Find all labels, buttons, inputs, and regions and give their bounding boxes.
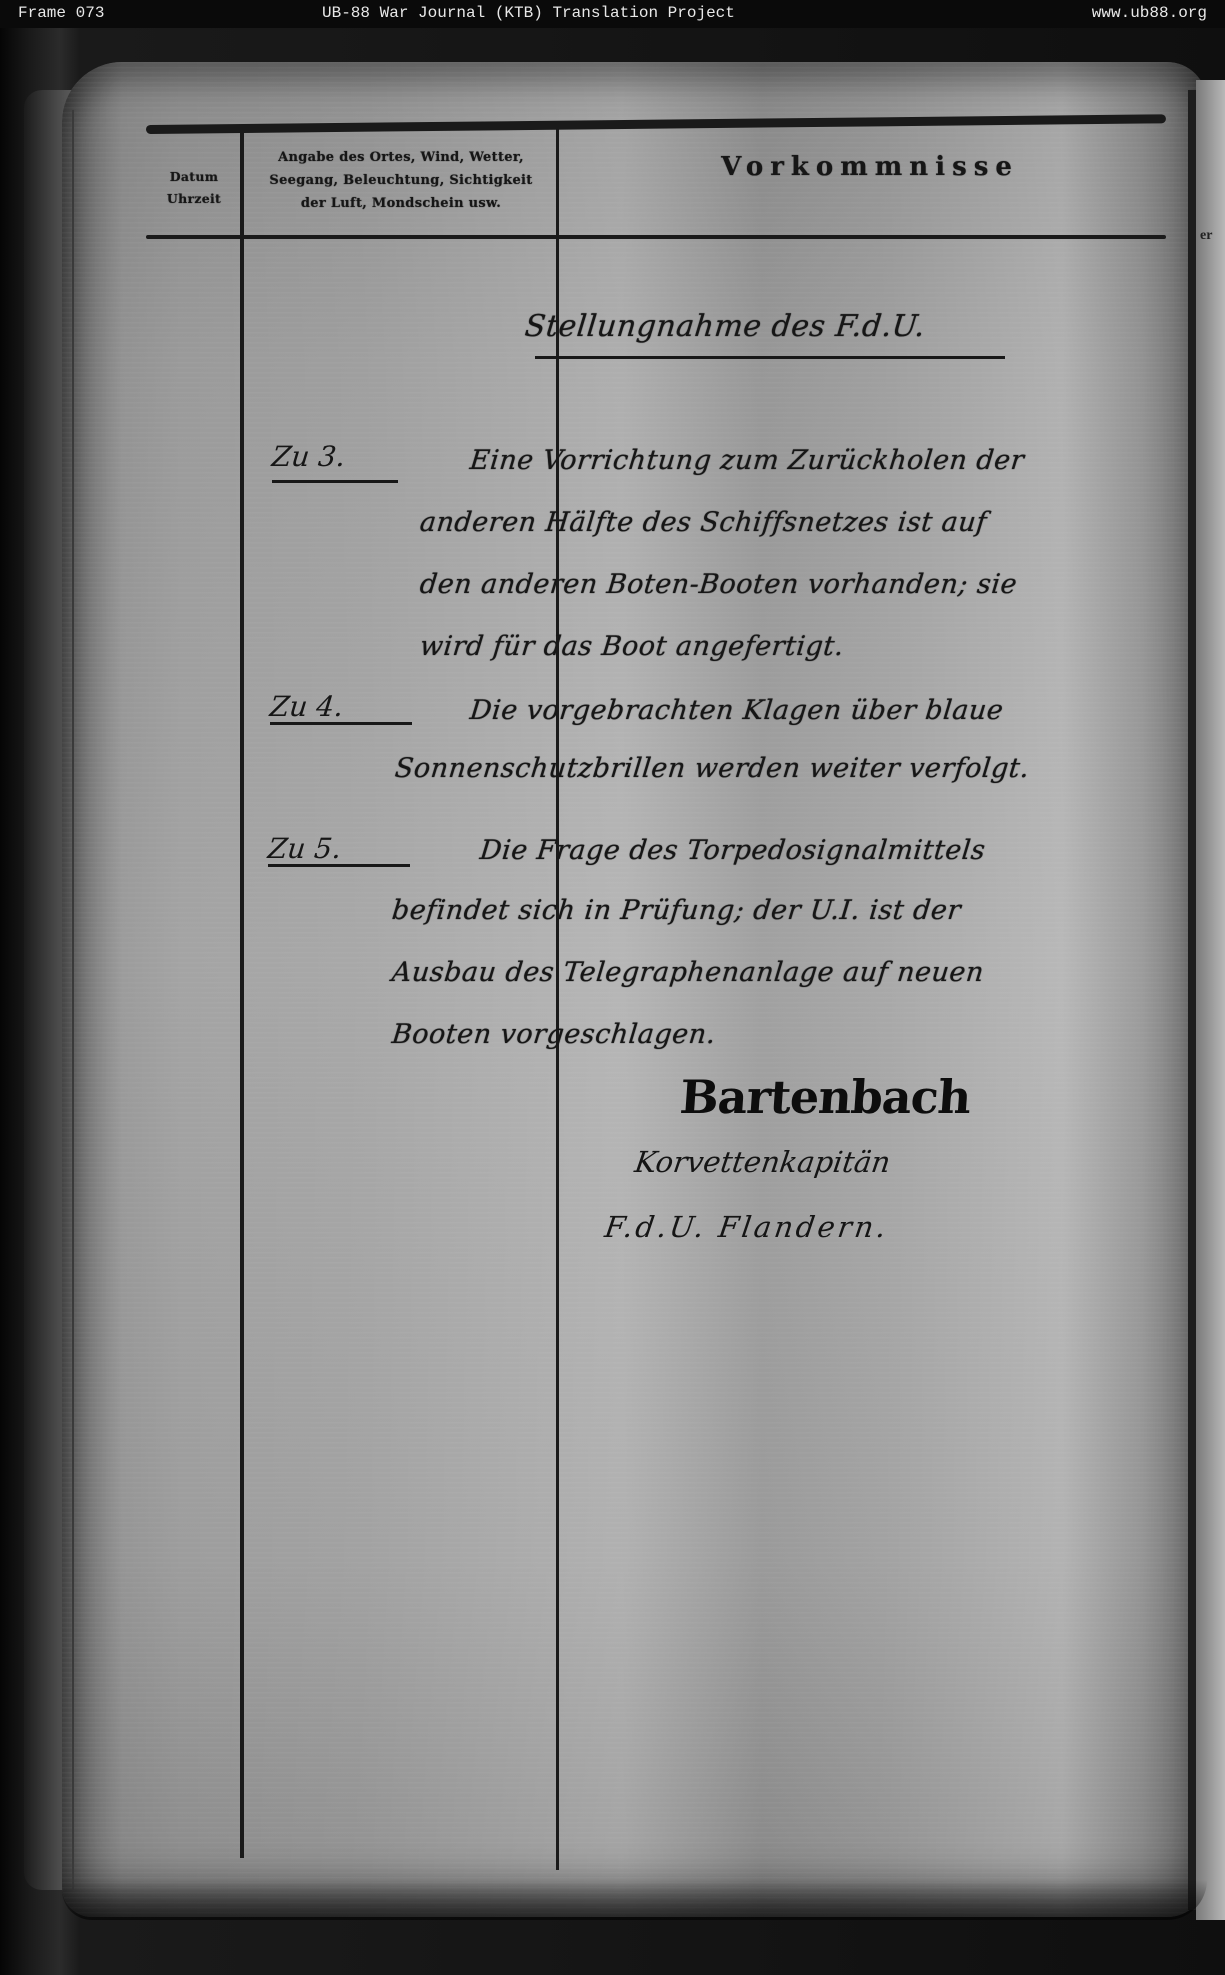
handwritten-line: Booten vorgeschlagen. xyxy=(389,1004,719,1066)
facing-page-strip xyxy=(1196,80,1225,1920)
page-margin-line xyxy=(72,110,74,1890)
column-header-place-line2: Seegang, Beleuchtung, Sichtigkeit xyxy=(246,169,556,192)
handwritten-line: befindet sich in Prüfung; der U.I. ist d… xyxy=(389,880,964,942)
paragraph-label-underline xyxy=(272,480,398,483)
handwritten-line: Ausbau des Telegraphenanlage auf neuen xyxy=(389,942,987,1004)
handwritten-line: Eine Vorrichtung zum Zurückholen der xyxy=(467,430,1028,492)
facing-page-fragment: er xyxy=(1200,228,1212,244)
table-header-rule xyxy=(146,235,1166,239)
viewer-header-bar: Frame 073 UB-88 War Journal (KTB) Transl… xyxy=(0,0,1225,28)
column-header-place: Angabe des Ortes, Wind, Wetter, Seegang,… xyxy=(246,146,556,215)
handwritten-line: den anderen Boten-Booten vorhanden; sie xyxy=(417,554,1021,616)
column-header-events: Vorkommnisse xyxy=(560,152,1180,182)
handwritten-line: Die vorgebrachten Klagen über blaue xyxy=(467,680,1007,742)
page-gutter-shadow xyxy=(1188,90,1196,1910)
handwritten-line: Die Frage des Torpedosignalmittels xyxy=(477,820,989,882)
signature-rank: Korvettenkapitän xyxy=(633,1145,893,1179)
column-header-place-line3: der Luft, Mondschein usw. xyxy=(246,192,556,215)
paragraph-label-underline xyxy=(268,864,410,867)
paragraph-label-underline xyxy=(270,722,412,725)
column-header-date: Datum Uhrzeit xyxy=(150,166,238,210)
column-divider-date xyxy=(240,130,244,1858)
entry-title-underline xyxy=(535,356,1005,359)
handwritten-line: Sonnenschutzbrillen werden weiter verfol… xyxy=(392,738,1033,800)
page-bottom-shadow xyxy=(62,1880,1207,1920)
handwritten-line: anderen Hälfte des Schiffsnetzes ist auf xyxy=(417,492,990,554)
frame-label: Frame 073 xyxy=(18,0,104,26)
handwritten-line: wird für das Boot angefertigt. xyxy=(417,616,847,678)
signature-unit: F.d.U. Flandern. xyxy=(603,1210,891,1244)
column-header-date-line1: Datum xyxy=(150,166,238,188)
paragraph-label: Zu 3. xyxy=(270,440,347,473)
paragraph-label: Zu 5. xyxy=(266,832,343,865)
website-link[interactable]: www.ub88.org xyxy=(1092,0,1207,26)
paragraph-label: Zu 4. xyxy=(268,690,345,723)
project-title: UB-88 War Journal (KTB) Translation Proj… xyxy=(322,0,735,26)
signature: Bartenbach xyxy=(678,1070,972,1124)
column-header-place-line1: Angabe des Ortes, Wind, Wetter, xyxy=(246,146,556,169)
column-header-date-line2: Uhrzeit xyxy=(150,188,238,210)
entry-title: Stellungnahme des F.d.U. xyxy=(522,296,929,358)
